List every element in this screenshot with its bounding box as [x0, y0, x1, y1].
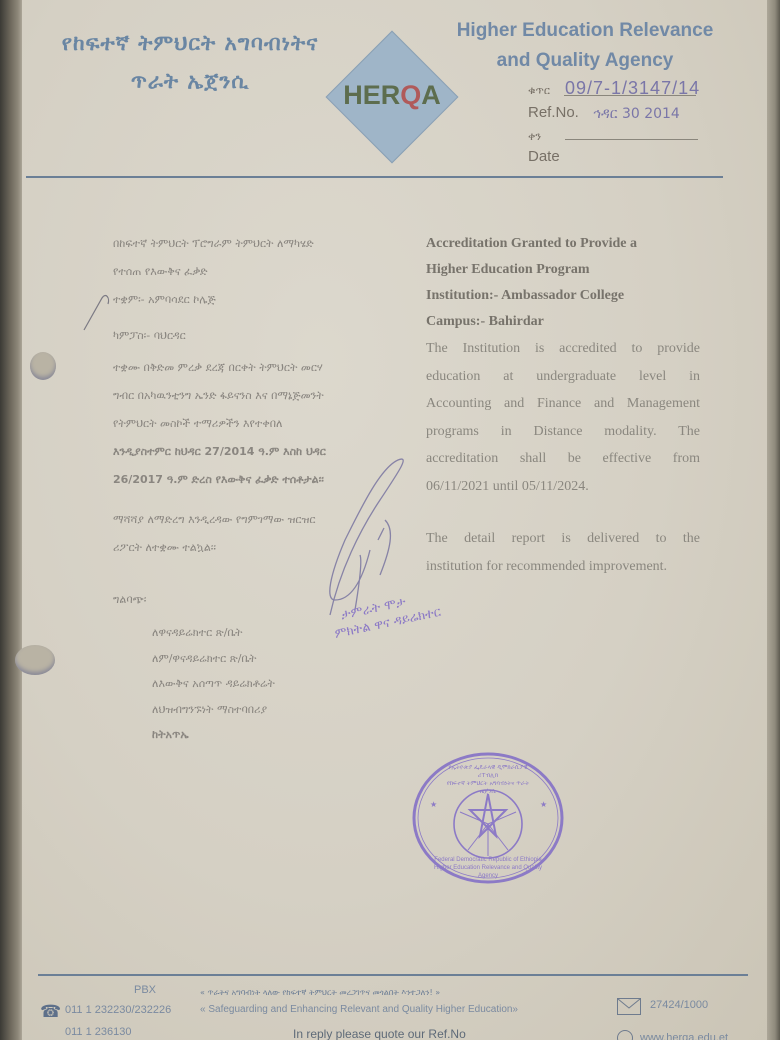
date-underline: [565, 139, 698, 140]
english-institution: Institution:- Ambassador College: [426, 283, 700, 309]
phone-number-2: 011 1 236130: [65, 1026, 131, 1038]
agency-name-english-line1: Higher Education Relevance: [440, 16, 730, 46]
amharic-title-line1: በከፍተኛ ትምህርት ፕሮግራም ትምህርት ለማካሄድ: [113, 230, 413, 258]
pbx-label: PBX: [134, 984, 156, 996]
english-body: Accreditation Granted to Provide a Highe…: [426, 231, 700, 580]
agency-name-english: Higher Education Relevance and Quality A…: [440, 16, 730, 76]
po-box: 27424/1000: [650, 999, 708, 1011]
motto-amharic: « ጥራትና አግባብነት ላለው የከፍተኛ ትምህርት መረጋገጥና መጎል…: [200, 988, 440, 998]
text-line: The Institution is accredited to provide: [426, 335, 700, 363]
english-title-line2: Higher Education Program: [426, 257, 700, 283]
agency-name-amharic-line2: ጥራት ኤጀንሲ: [45, 62, 335, 100]
cc-item: ለእውቅና አሰጣጥ ዳይሬክቶሬት: [152, 671, 412, 697]
punch-hole: [15, 645, 55, 675]
seal-inner-english: Higher Education Relevance and Quality A…: [428, 864, 548, 880]
text-line: የትምህርት መስኮች ተማሪዎችን እየተቀበለ: [113, 410, 413, 438]
english-paragraph-1: The Institution is accredited to provide…: [426, 335, 700, 500]
text-line: Accounting and Finance and Management: [426, 390, 700, 418]
agency-name-amharic: የከፍተኛ ትምህርት አግባብነትና ጥራት ኤጀንሲ: [45, 24, 335, 100]
english-paragraph-2: The detail report is delivered to the in…: [426, 525, 700, 580]
reference-block: ቁጥር 09/7-1/3147/14 Ref.No. ኅዳር 30 2014 ቀ…: [528, 82, 728, 172]
text-line: The detail report is delivered to the: [426, 525, 700, 553]
date-value: ኅዳር 30 2014: [593, 106, 680, 122]
seal-english-text: Federal Democratic Republic of Ethiopia …: [428, 856, 548, 880]
amharic-title-line2: የተሰጠ የእውቅና ፈቃድ: [113, 258, 413, 286]
agency-name-english-line2: and Quality Agency: [440, 46, 730, 76]
seal-inner-amharic: የከፍተኛ ትምህርት አግባብነትና ጥራት ኤጀንሲ: [440, 780, 536, 796]
cc-item: ለም/ዋናዳይሬክተር ጽ/ቤት: [152, 646, 412, 672]
english-campus: Campus:- Bahirdar: [426, 309, 700, 335]
herqa-logo: HERQA: [330, 40, 450, 160]
seal-outer-english: Federal Democratic Republic of Ethiopia: [428, 856, 548, 864]
logo-text: HERQA: [317, 80, 467, 111]
official-seal: ★ ★ የኢትዮጵያ ፌዴራላዊ ዲሞክራሲያዊ ሪፐብሊክ የከፍተኛ ትምህ…: [410, 752, 566, 884]
text-line: ግብር በአካዉንቲንግ ኤንድ ፋይናንስ እና በማኔጅመንት: [113, 382, 413, 410]
letterhead-footer: PBX ☎ 011 1 232230/232226 011 1 236130 «…: [0, 982, 780, 1040]
ref-label-english: Ref.No.: [528, 104, 579, 121]
punch-hole: [30, 352, 56, 380]
english-title-line1: Accreditation Granted to Provide a: [426, 231, 700, 257]
cc-item: ለህዝብግንኙነት ማስተባበሪያ: [152, 697, 412, 723]
svg-text:★: ★: [430, 800, 437, 809]
text-line: accreditation shall be effective from: [426, 445, 700, 473]
ref-number-value: 09/7-1/3147/14: [565, 78, 700, 99]
text-line: ተቋሙ በቅድመ ምረቃ ደረጃ በርቀት ትምህርት መርሃ: [113, 354, 413, 382]
agency-name-amharic-line1: የከፍተኛ ትምህርት አግባብነትና: [45, 24, 335, 62]
reply-note: In reply please quote our Ref.No: [293, 1027, 466, 1040]
margin-mark: [82, 290, 112, 340]
envelope-icon: [617, 998, 641, 1015]
globe-icon: [617, 1030, 633, 1040]
text-line: programs in Distance modality. The: [426, 418, 700, 446]
date-label-amharic: ቀን: [528, 130, 541, 144]
header-divider: [26, 176, 723, 178]
cc-list: ለዋናዳይሬክተር ጽ/ቤት ለም/ዋናዳይሬክተር ጽ/ቤት ለእውቅና አሰ…: [152, 620, 412, 748]
date-label-english: Date: [528, 148, 560, 165]
svg-text:★: ★: [540, 800, 547, 809]
amharic-institution: ተቋም፡- አምባሳደር ኮሌጅ: [113, 286, 413, 314]
phone-number-1: 011 1 232230/232226: [65, 1004, 171, 1016]
motto-english: « Safeguarding and Enhancing Relevant an…: [200, 1004, 518, 1015]
website-link[interactable]: www.herqa.edu.et: [640, 1032, 728, 1040]
amharic-campus: ካምፓስ፡- ባህርዳር: [113, 322, 413, 350]
text-line: institution for recommended improvement.: [426, 553, 700, 581]
text-line: 06/11/2021 until 05/11/2024.: [426, 473, 700, 501]
seal-outer-amharic: የኢትዮጵያ ፌዴራላዊ ዲሞክራሲያዊ ሪፐብሊክ: [440, 764, 536, 780]
ref-label-amharic: ቁጥር: [528, 84, 550, 98]
seal-amharic-text: የኢትዮጵያ ፌዴራላዊ ዲሞክራሲያዊ ሪፐብሊክ የከፍተኛ ትምህርት አ…: [440, 764, 536, 796]
phone-icon: ☎: [40, 1002, 61, 1022]
cc-item: ከትአጥኤ: [152, 722, 412, 748]
footer-divider: [38, 974, 748, 976]
text-line: education at undergraduate level in: [426, 363, 700, 391]
